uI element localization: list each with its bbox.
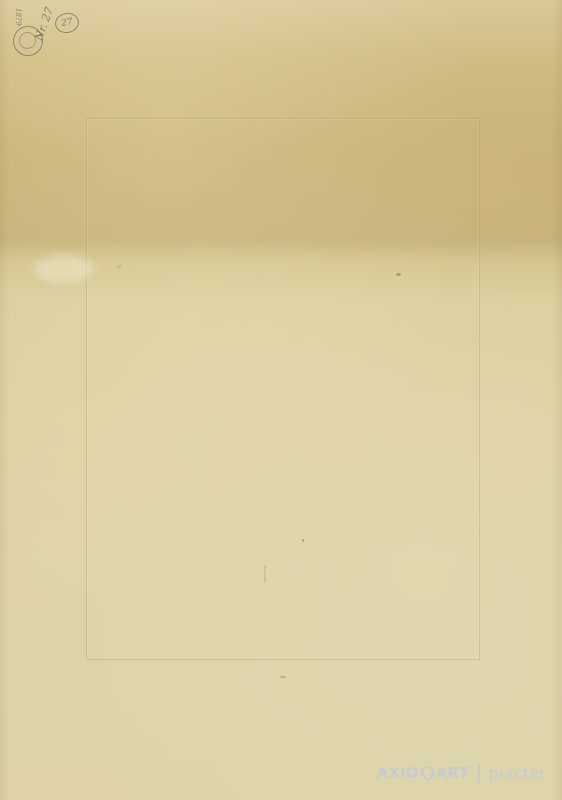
watermark-separator — [478, 763, 480, 783]
location-pin-icon — [418, 763, 436, 781]
stain-spot — [280, 676, 286, 678]
paper-sheet: 1879 Nr. 27 27 AXIO ART piactér — [0, 0, 562, 800]
pencil-circled-number: 27 — [53, 11, 80, 35]
stain-spot — [396, 273, 401, 276]
watermark-subtitle: piactér — [489, 764, 546, 783]
stain-spot — [302, 539, 304, 542]
watermark-brand-right: ART — [436, 764, 469, 782]
pencil-inventory-number: Nr. 27 — [32, 5, 56, 42]
watermark-brand: AXIO ART — [377, 764, 470, 782]
watermark-brand-left: AXIO — [377, 764, 419, 782]
faint-mark — [264, 565, 266, 583]
pencil-note-small: 1879 — [14, 8, 22, 26]
watermark-logo: AXIO ART piactér — [377, 763, 546, 783]
light-patch — [34, 255, 94, 283]
plate-mark — [86, 118, 480, 660]
